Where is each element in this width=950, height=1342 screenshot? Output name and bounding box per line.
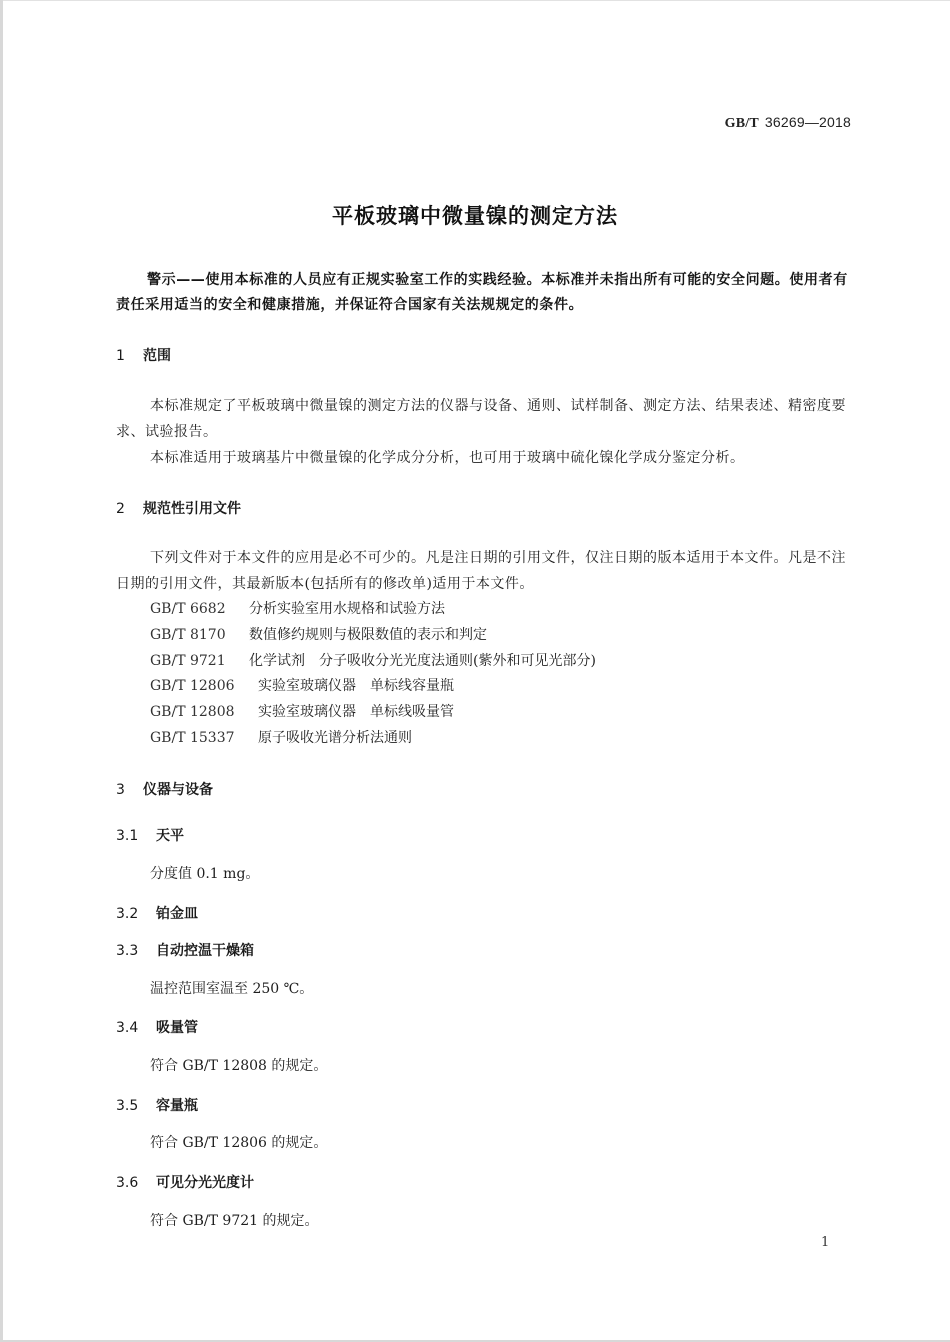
section-1-paragraph-2: 本标准适用于玻璃基片中微量镍的化学成分分析，也可用于玻璃中硫化镍化学成分鉴定分析… [116,446,854,472]
reference-code: GB/T 12808 [150,700,258,726]
reference-title: 实验室玻璃仪器 单标线容量瓶 [258,678,454,694]
subsection-title: 容量瓶 [156,1098,198,1114]
subsection-title: 天平 [156,828,184,844]
reference-item: GB/T 8170数值修约规则与极限数值的表示和判定 [150,623,596,649]
subsection-3-4-text: 符合 GB/T 12808 的规定。 [150,1055,327,1075]
section-3-heading: 3仪器与设备 [116,779,213,799]
normative-references-list: GB/T 6682分析实验室用水规格和试验方法 GB/T 8170数值修约规则与… [150,597,596,752]
section-title: 范围 [143,348,171,364]
subsection-number: 3.6 [116,1175,156,1191]
subsection-number: 3.4 [116,1020,156,1036]
section-1-heading: 1范围 [116,345,171,365]
reference-title: 实验室玻璃仪器 单标线吸量管 [258,704,454,720]
subsection-number: 3.3 [116,943,156,959]
subsection-number: 3.1 [116,828,156,844]
subsection-3-5-heading: 3.5容量瓶 [116,1095,198,1115]
standard-code: GB/T36269—2018 [725,114,851,132]
subsection-3-3-heading: 3.3自动控温干燥箱 [116,940,254,960]
section-title: 规范性引用文件 [143,501,241,517]
subsection-3-6-heading: 3.6可见分光光度计 [116,1172,254,1192]
section-number: 2 [116,501,143,517]
reference-code: GB/T 6682 [150,597,249,623]
reference-item: GB/T 15337原子吸收光谱分析法通则 [150,726,596,752]
subsection-title: 可见分光光度计 [156,1175,254,1191]
subsection-title: 铂金皿 [156,906,198,922]
section-title: 仪器与设备 [143,782,213,798]
section-1-paragraph-1: 本标准规定了平板玻璃中微量镍的测定方法的仪器与设备、通则、试样制备、测定方法、结… [116,394,854,445]
subsection-title: 吸量管 [156,1020,198,1036]
safety-warning: 警示——使用本标准的人员应有正规实验室工作的实践经验。本标准并未指出所有可能的安… [116,268,854,318]
subsection-3-2-heading: 3.2铂金皿 [116,903,198,923]
subsection-title: 自动控温干燥箱 [156,943,254,959]
document-title: 平板玻璃中微量镍的测定方法 [0,200,950,230]
page-number: 1 [821,1235,829,1250]
section-number: 1 [116,348,143,364]
reference-title: 分析实验室用水规格和试验方法 [249,601,445,617]
section-2-heading: 2规范性引用文件 [116,498,241,518]
subsection-number: 3.2 [116,906,156,922]
reference-item: GB/T 12808实验室玻璃仪器 单标线吸量管 [150,700,596,726]
standard-number: 36269—2018 [765,114,851,130]
standard-prefix: GB/T [725,116,759,131]
subsection-3-1-heading: 3.1天平 [116,825,184,845]
reference-item: GB/T 9721化学试剂 分子吸收分光光度法通则(紫外和可见光部分) [150,649,596,675]
reference-title: 数值修约规则与极限数值的表示和判定 [249,627,487,643]
section-number: 3 [116,782,143,798]
reference-code: GB/T 15337 [150,726,258,752]
reference-title: 化学试剂 分子吸收分光光度法通则(紫外和可见光部分) [249,653,596,669]
reference-item: GB/T 12806实验室玻璃仪器 单标线容量瓶 [150,674,596,700]
reference-code: GB/T 8170 [150,623,249,649]
subsection-3-4-heading: 3.4吸量管 [116,1017,198,1037]
subsection-3-1-text: 分度值 0.1 mg。 [150,863,259,883]
reference-code: GB/T 12806 [150,674,258,700]
section-2-intro: 下列文件对于本文件的应用是必不可少的。凡是注日期的引用文件，仅注日期的版本适用于… [116,546,854,597]
subsection-3-3-text: 温控范围室温至 250 ℃。 [150,978,313,998]
reference-code: GB/T 9721 [150,649,249,675]
subsection-3-5-text: 符合 GB/T 12806 的规定。 [150,1132,327,1152]
subsection-number: 3.5 [116,1098,156,1114]
reference-title: 原子吸收光谱分析法通则 [258,730,412,746]
page-edge-top [0,0,950,1]
reference-item: GB/T 6682分析实验室用水规格和试验方法 [150,597,596,623]
subsection-3-6-text: 符合 GB/T 9721 的规定。 [150,1210,319,1230]
